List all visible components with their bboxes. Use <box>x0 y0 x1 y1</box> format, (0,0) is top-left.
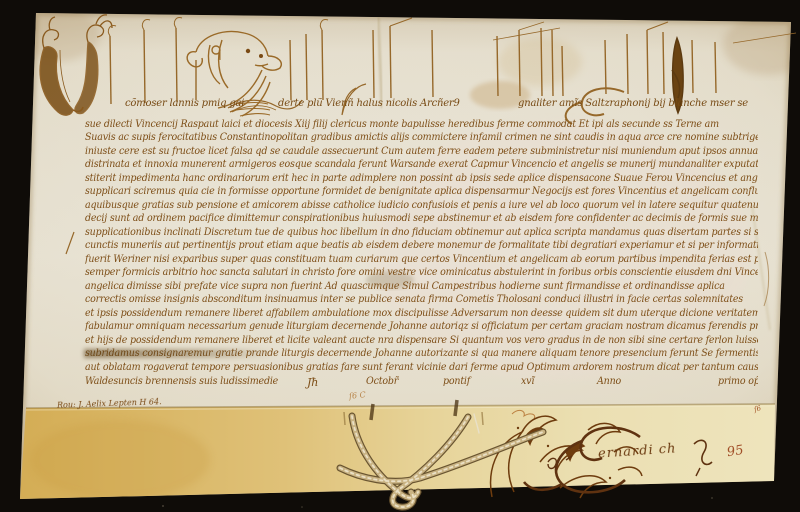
dateline-month: Octobr̃ <box>366 376 398 388</box>
dateline-numeral: xvĩ <box>521 376 534 388</box>
dateline-anno: Anno <box>597 376 621 388</box>
ink-smear <box>84 349 276 358</box>
final-line-text: Waldesuncis brennensis suis ludissimedie <box>85 376 278 388</box>
inventory-number: 95 <box>726 443 745 460</box>
signature-name: ernardi ch <box>598 441 677 461</box>
dateline-primo: primo op̃ <box>718 376 758 388</box>
archivist-note: Rou: J. Aelix Lepten H 64. <box>57 397 162 410</box>
manuscript-line: decij sunt ad ordinem pacifice dimittemu… <box>85 213 758 228</box>
faded-mark: ſ6 C <box>349 390 367 401</box>
opening-line: cõmoser lannis pmiq gai derte plũ Vienñ … <box>85 98 758 113</box>
manuscript-line: supplicari sciremus quia cie in formisse… <box>85 186 758 201</box>
opening-segment: cõmoser lannis pmiq gai <box>125 98 244 110</box>
manuscript-line: correctis omisse insignis absconditum in… <box>85 294 758 309</box>
manuscript-line: semper formicis arbitrio hoc sancta salu… <box>85 267 758 282</box>
manuscript-line: Suavis ac supis ferocitatibus Constantin… <box>85 132 758 147</box>
dateline-row: Waldesuncis brennensis suis ludissimedie… <box>85 376 758 391</box>
manuscript-line: cunctis muneriis aut pertinentijs prout … <box>85 240 758 255</box>
manuscript-line: fabulamur omniquam necessarium genude li… <box>85 321 758 336</box>
dateline-pontificate: pontif <box>443 376 470 388</box>
manuscript-text-layer: cõmoser lannis pmiq gai derte plũ Vienñ … <box>0 0 800 512</box>
manuscript-line: distrinata et innoxia munerent armigeros… <box>85 159 758 174</box>
manuscript-line: aut oblatam rogaverat tempore persuasion… <box>85 362 758 377</box>
opening-segment: derte plũ Vienñ halus nicolis Arcñer9 <box>278 98 460 110</box>
opening-segment: gnaliter amĩs Saltzraphonij bij blanche … <box>518 98 748 110</box>
edge-mark: ſ6 <box>753 404 762 413</box>
manuscript-photo: cõmoser lannis pmiq gai derte plũ Vienñ … <box>0 0 800 512</box>
dateline-paraph: Jħ <box>307 376 318 390</box>
